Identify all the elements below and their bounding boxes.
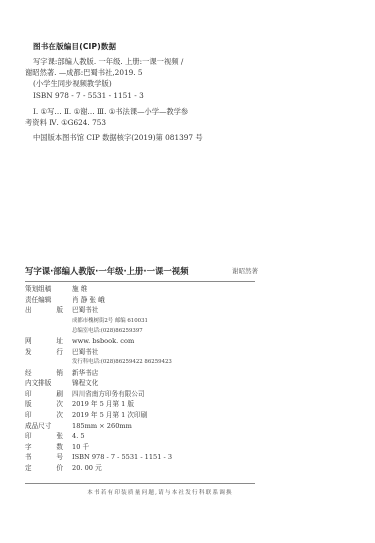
book-author: 谢昭然著 — [232, 266, 258, 275]
cip-heading: 图书在版编目(CIP)数据 — [33, 41, 116, 52]
colophon-value: 施 维 — [72, 284, 87, 295]
colophon-label: 印 张 — [25, 431, 63, 442]
colophon-label: 责任编辑 — [25, 295, 72, 306]
colophon-value: 4. 5 — [72, 431, 85, 442]
label-char: 张 — [56, 431, 63, 442]
cip-line: 写字课:部编人教版. 一年级. 上册:一课一视频 / — [25, 56, 245, 67]
colophon-row-isbn: 书 号 ISBN 978 - 7 - 5531 - 1151 - 3 — [25, 452, 265, 463]
label-char: 价 — [56, 463, 63, 474]
cip-record: 写字课:部编人教版. 一年级. 上册:一课一视频 / 谢昭然著. —成都:巴蜀书… — [25, 56, 245, 128]
colophon-label: 经 销 — [25, 368, 63, 379]
divider-top — [25, 281, 255, 282]
label-char: 出 — [25, 305, 32, 316]
label-char: 次 — [56, 399, 63, 410]
colophon-label: 成品尺寸 — [25, 421, 72, 432]
colophon-row-planner: 策划组稿 施 维 — [25, 284, 265, 295]
label-char: 印 — [25, 389, 32, 400]
label-char: 印 — [25, 410, 32, 421]
colophon-label: 印 刷 — [25, 389, 63, 400]
label-char: 版 — [56, 305, 63, 316]
cip-approval-number: 中国版本图书馆 CIP 数据核字(2019)第 081397 号 — [33, 133, 203, 143]
website-link[interactable]: www. bsbook. com — [72, 336, 134, 347]
colophon-row-sheets: 印 张 4. 5 — [25, 431, 265, 442]
colophon-row-publisher-address: 成都市槐树街2号 邮编 610031 — [25, 316, 265, 326]
colophon-row-editor: 责任编辑 肖 静 张 峨 — [25, 295, 265, 306]
colophon-label: 内文排版 — [25, 378, 72, 389]
colophon-label: 印 次 — [25, 410, 63, 421]
label-char: 字 — [25, 442, 32, 453]
label-char: 版 — [25, 399, 32, 410]
colophon: 策划组稿 施 维 责任编辑 肖 静 张 峨 出 版 巴蜀书社 成都市槐树街2号 … — [25, 284, 265, 473]
colophon-label: 网 址 — [25, 336, 63, 347]
cip-isbn-line: ISBN 978 - 7 - 5531 - 1151 - 3 — [25, 90, 245, 101]
publisher-address: 成都市槐树街2号 邮编 610031 — [25, 316, 148, 326]
label-char: 号 — [56, 452, 63, 463]
label-char: 行 — [56, 347, 63, 358]
book-header: 写字课·部编人教版·一年级·上册·一课一视频 谢昭然著 — [25, 265, 355, 277]
label-char: 定 — [25, 463, 32, 474]
copyright-page: 图书在版编目(CIP)数据 写字课:部编人教版. 一年级. 上册:一课一视频 /… — [0, 0, 375, 543]
label-char: 发 — [25, 347, 32, 358]
label-char: 次 — [56, 410, 63, 421]
colophon-label: 出 版 — [25, 305, 63, 316]
label-char: 销 — [56, 368, 63, 379]
colophon-value: 锦程文化 — [72, 378, 98, 389]
label-char: 印 — [25, 431, 32, 442]
cip-classification-line: 考资料 Ⅳ. ①G624. 753 — [25, 117, 245, 128]
cip-line: (小学生同步视频教学版) — [25, 78, 245, 89]
divider-bottom — [25, 483, 255, 484]
colophon-row-impression: 印 次 2019 年 5 月第 1 次印刷 — [25, 410, 265, 421]
colophon-value: 2019 年 5 月第 1 次印刷 — [72, 410, 147, 421]
quality-notice: 本书若有印装质量问题,请与本社发行科联系调换 — [0, 488, 320, 496]
colophon-row-distribution-phone: 发行科电话:(028)86259422 86259423 — [25, 357, 265, 367]
cip-classification-line: Ⅰ. ①写… Ⅱ. ①谢… Ⅲ. ①书法课—小学—教学参 — [25, 106, 245, 117]
colophon-value: 185mm × 260mm — [72, 421, 132, 432]
label-char: 网 — [25, 336, 32, 347]
colophon-value: 新华书店 — [72, 368, 98, 379]
colophon-row-website: 网 址 www. bsbook. com — [25, 336, 265, 347]
book-title: 写字课·部编人教版·一年级·上册·一课一视频 — [25, 265, 188, 277]
colophon-value: 四川省南方印务有限公司 — [72, 389, 145, 400]
colophon-row-price: 定 价 20. 00 元 — [25, 463, 265, 474]
colophon-value: 20. 00 元 — [72, 463, 102, 474]
colophon-row-distribution: 发 行 巴蜀书社 — [25, 347, 265, 358]
colophon-label: 策划组稿 — [25, 284, 72, 295]
label-char: 址 — [56, 336, 63, 347]
colophon-label: 版 次 — [25, 399, 63, 410]
label-char: 经 — [25, 368, 32, 379]
colophon-row-publisher: 出 版 巴蜀书社 — [25, 305, 265, 316]
colophon-value: ISBN 978 - 7 - 5531 - 1151 - 3 — [72, 452, 172, 463]
colophon-row-seller: 经 销 新华书店 — [25, 368, 265, 379]
colophon-label: 字 数 — [25, 442, 63, 453]
label-char: 数 — [56, 442, 63, 453]
colophon-label: 书 号 — [25, 452, 63, 463]
colophon-row-size: 成品尺寸 185mm × 260mm — [25, 421, 265, 432]
label-char: 刷 — [56, 389, 63, 400]
cip-line: 谢昭然著. —成都:巴蜀书社,2019. 5 — [25, 67, 245, 78]
colophon-label: 发 行 — [25, 347, 63, 358]
colophon-row-typesetting: 内文排版 锦程文化 — [25, 378, 265, 389]
publisher-phone: 总编室电话:(028)86259397 — [25, 326, 143, 336]
colophon-value: 2019 年 5 月第 1 版 — [72, 399, 134, 410]
colophon-label: 定 价 — [25, 463, 63, 474]
colophon-value: 10 千 — [72, 442, 89, 453]
colophon-row-printer: 印 刷 四川省南方印务有限公司 — [25, 389, 265, 400]
label-char: 书 — [25, 452, 32, 463]
colophon-row-publisher-phone: 总编室电话:(028)86259397 — [25, 326, 265, 336]
distribution-phone: 发行科电话:(028)86259422 86259423 — [25, 357, 172, 367]
colophon-value: 巴蜀书社 — [72, 347, 98, 358]
colophon-row-edition: 版 次 2019 年 5 月第 1 版 — [25, 399, 265, 410]
colophon-value: 巴蜀书社 — [72, 305, 98, 316]
colophon-row-words: 字 数 10 千 — [25, 442, 265, 453]
colophon-value: 肖 静 张 峨 — [72, 295, 105, 306]
